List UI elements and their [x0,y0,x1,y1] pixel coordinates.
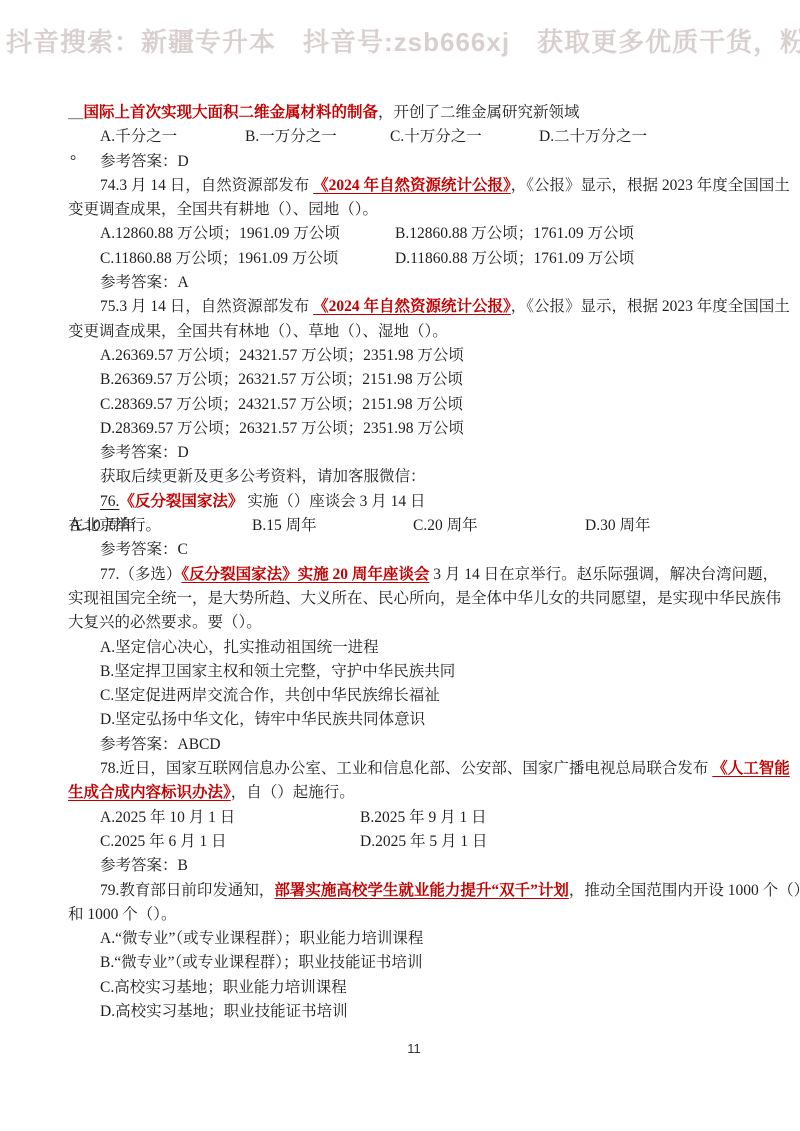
text-segment: 大复兴的必然要求。要（）。 [68,614,262,631]
q73-options-row: A.千分之一B.一万分之一C.十万分之一D.二十万分之一 [68,125,768,149]
text-segment: C.坚定促进两岸交流合作，共创中华民族绵长福祉 [100,687,440,704]
text-segment: ，推动全国范围内开设 1000 个（） [569,882,800,899]
text-segment: ＿ [68,104,84,121]
q75-stem-1: 75.3 月 14 日，自然资源部发布 《2024 年自然资源统计公报》，《公报… [68,295,768,319]
option-b: B.一万分之一 [245,125,337,149]
q76-options-row-overlapped: 在北京举行。A.10 周年B.15 周年C.20 周年D.30 周年 [68,514,768,538]
q78-answer-line: 参考答案：B [68,854,768,878]
text-segment: A.26369.57 万公顷；24321.57 万公顷；2351.98 万公顷 [100,347,464,364]
q74-options-row-1: A.12860.88 万公顷；1961.09 万公顷B.12860.88 万公顷… [68,222,768,246]
text-segment: 75.3 月 14 日，自然资源部发布 [100,298,313,315]
text-segment: 实现祖国完全统一，是大势所趋、大义所在、民心所向，是全体中华儿女的共同愿望，是实… [68,590,781,607]
text-segment: B.“微专业”（或专业课程群）；职业技能证书培训 [100,954,422,971]
highlight-red: 《反分裂国家法》 [119,493,243,510]
q77-stem-1: 77.（多选）《反分裂国家法》实施 20 周年座谈会 3 月 14 日在京举行。… [68,563,768,587]
option-b: B.15 周年 [252,514,317,538]
option-a: A.10 周年 [70,514,135,538]
option-d: D.11860.88 万公顷；1761.09 万公顷 [395,247,634,271]
option-a: A.千分之一 [100,125,177,149]
link[interactable]: 《人工智能 [712,760,790,777]
q79-option-c: C.高校实习基地；职业能力培训课程 [68,976,768,1000]
tiktok-watermark: 抖音搜索：新疆专升本 抖音号:zsb666xj 获取更多优质干货，粉丝上万+ [6,22,800,59]
text-segment: 获取后续更新及更多公考资料，请加客服微信： [100,468,426,485]
q77-option-d: D.坚定弘扬中华文化，铸牢中华民族共同体意识 [68,708,768,732]
q78-options-row-2: C.2025 年 6 月 1 日D.2025 年 5 月 1 日 [68,830,768,854]
option-c: C.2025 年 6 月 1 日 [100,830,227,854]
q76-answer-line: 参考答案：C [68,538,768,562]
text-segment: ，《公报》显示，根据 2023 年度全国国土 [511,298,790,315]
q77-stem-3: 大复兴的必然要求。要（）。 [68,611,768,635]
q79-stem-1: 79.教育部日前印发通知，部署实施高校学生就业能力提升“双千”计划，推动全国范围… [68,879,768,903]
text-segment: 参考答案：A [100,274,189,291]
q75-option-c: C.28369.57 万公顷；24321.57 万公顷；2151.98 万公顷 [68,393,768,417]
q78-options-row-1: A.2025 年 10 月 1 日B.2025 年 9 月 1 日 [68,806,768,830]
q74-answer-line: 参考答案：A [68,271,768,295]
link[interactable]: 生成合成内容标识办法》 [68,784,231,801]
option-d: D.2025 年 5 月 1 日 [360,830,487,854]
text-segment: 74.3 月 14 日，自然资源部发布 [100,177,313,194]
text-segment: B.26369.57 万公顷；26321.57 万公顷；2151.98 万公顷 [100,371,463,388]
text-segment: A.坚定信心决心，扎实推动祖国统一进程 [100,639,379,656]
q74-stem-1: 74.3 月 14 日，自然资源部发布 《2024 年自然资源统计公报》，《公报… [68,174,768,198]
text-segment: 参考答案：B [100,857,188,874]
option-d: D.30 周年 [585,514,650,538]
q78-stem-1: 78.近日，国家互联网信息办公室、工业和信息化部、公安部、国家广播电视总局联合发… [68,757,768,781]
option-c: C.11860.88 万公顷；1961.09 万公顷 [100,247,338,271]
q73-answer-line: °参考答案：D [68,150,768,174]
q77-option-a: A.坚定信心决心，扎实推动祖国统一进程 [68,636,768,660]
link[interactable]: 《反分裂国家法》实施 20 周年座谈会 [181,566,429,583]
text-segment: ，开创了二维金属研究新领域 [378,104,580,121]
text-segment: C.28369.57 万公顷；24321.57 万公顷；2151.98 万公顷 [100,396,463,413]
q79-option-d: D.高校实习基地；职业技能证书培训 [68,1000,768,1024]
text-segment: C.高校实习基地；职业能力培训课程 [100,979,347,996]
q78-stem-2: 生成合成内容标识办法》，自（）起施行。 [68,781,768,805]
text-segment: D.28369.57 万公顷；26321.57 万公顷；2351.98 万公顷 [100,420,464,437]
text-segment: 实施（）座谈会 3 月 14 日 [243,493,425,510]
text-segment: ，《公报》显示，根据 2023 年度全国国土 [511,177,790,194]
text-segment: 变更调查成果，全国共有耕地（）、园地（）。 [68,201,378,218]
q73-stem-tail: ＿国际上首次实现大面积二维金属材料的制备，开创了二维金属研究新领域 [68,101,768,125]
text-segment: 3 月 14 日在京举行。赵乐际强调，解决台湾问题， [429,566,778,583]
text-segment: 参考答案：D [100,444,189,461]
q79-option-b: B.“微专业”（或专业课程群）；职业技能证书培训 [68,951,768,975]
q77-answer-line: 参考答案：ABCD [68,733,768,757]
document-body: ＿国际上首次实现大面积二维金属材料的制备，开创了二维金属研究新领域A.千分之一B… [68,101,768,1024]
q79-stem-2: 和 1000 个（）。 [68,903,768,927]
text-segment: 和 1000 个（）。 [68,906,177,923]
text-segment: D.高校实习基地；职业技能证书培训 [100,1003,348,1020]
highlight-red: 国际上首次实现大面积二维金属材料的制备 [84,104,379,121]
q77-stem-2: 实现祖国完全统一，是大势所趋、大义所在、民心所向，是全体中华儿女的共同愿望，是实… [68,587,768,611]
option-b: B.2025 年 9 月 1 日 [360,806,487,830]
option-a: A.2025 年 10 月 1 日 [100,806,235,830]
q75-option-a: A.26369.57 万公顷；24321.57 万公顷；2351.98 万公顷 [68,344,768,368]
text-segment: 79.教育部日前印发通知， [100,882,274,899]
stray-mark: ° [70,150,76,174]
q74-stem-2: 变更调查成果，全国共有耕地（）、园地（）。 [68,198,768,222]
text-segment: 78.近日，国家互联网信息办公室、工业和信息化部、公安部、国家广播电视总局联合发… [100,760,712,777]
text-segment: A.“微专业”（或专业课程群）；职业能力培训课程 [100,930,423,947]
text-segment: 参考答案：C [100,541,188,558]
q75-stem-2: 变更调查成果，全国共有林地（）、草地（）、湿地（）。 [68,320,768,344]
link[interactable]: 《2024 年自然资源统计公报》 [313,177,511,194]
q74-options-row-2: C.11860.88 万公顷；1961.09 万公顷D.11860.88 万公顷… [68,247,768,271]
text-segment: 77.（多选） [100,566,181,583]
option-a: A.12860.88 万公顷；1961.09 万公顷 [100,222,340,246]
option-c: C.十万分之一 [390,125,482,149]
option-d: D.二十万分之一 [539,125,647,149]
link[interactable]: 部署实施高校学生就业能力提升“双千”计划 [274,882,569,899]
q75-option-d: D.28369.57 万公顷；26321.57 万公顷；2351.98 万公顷 [68,417,768,441]
page-number: 11 [0,1041,800,1056]
text-segment: ，自（）起施行。 [231,784,355,801]
option-b: B.12860.88 万公顷；1761.09 万公顷 [395,222,634,246]
q77-option-b: B.坚定捍卫国家主权和领土完整，守护中华民族共同 [68,660,768,684]
q75-option-b: B.26369.57 万公顷；26321.57 万公顷；2151.98 万公顷 [68,368,768,392]
text-segment: 变更调查成果，全国共有林地（）、草地（）、湿地（）。 [68,323,448,340]
q79-option-a: A.“微专业”（或专业课程群）；职业能力培训课程 [68,927,768,951]
q77-option-c: C.坚定促进两岸交流合作，共创中华民族绵长福祉 [68,684,768,708]
text-segment: 参考答案：ABCD [100,736,221,753]
text-segment: 76. [100,493,119,510]
text-segment: B.坚定捍卫国家主权和领土完整，守护中华民族共同 [100,663,455,680]
q76-stem: 76.《反分裂国家法》 实施（）座谈会 3 月 14 日 [68,490,768,514]
service-note: 获取后续更新及更多公考资料，请加客服微信： [68,465,768,489]
option-c: C.20 周年 [413,514,478,538]
answer-text: 参考答案：D [100,150,189,174]
text-segment: D.坚定弘扬中华文化，铸牢中华民族共同体意识 [100,711,425,728]
q75-answer-line: 参考答案：D [68,441,768,465]
link[interactable]: 《2024 年自然资源统计公报》 [313,298,511,315]
